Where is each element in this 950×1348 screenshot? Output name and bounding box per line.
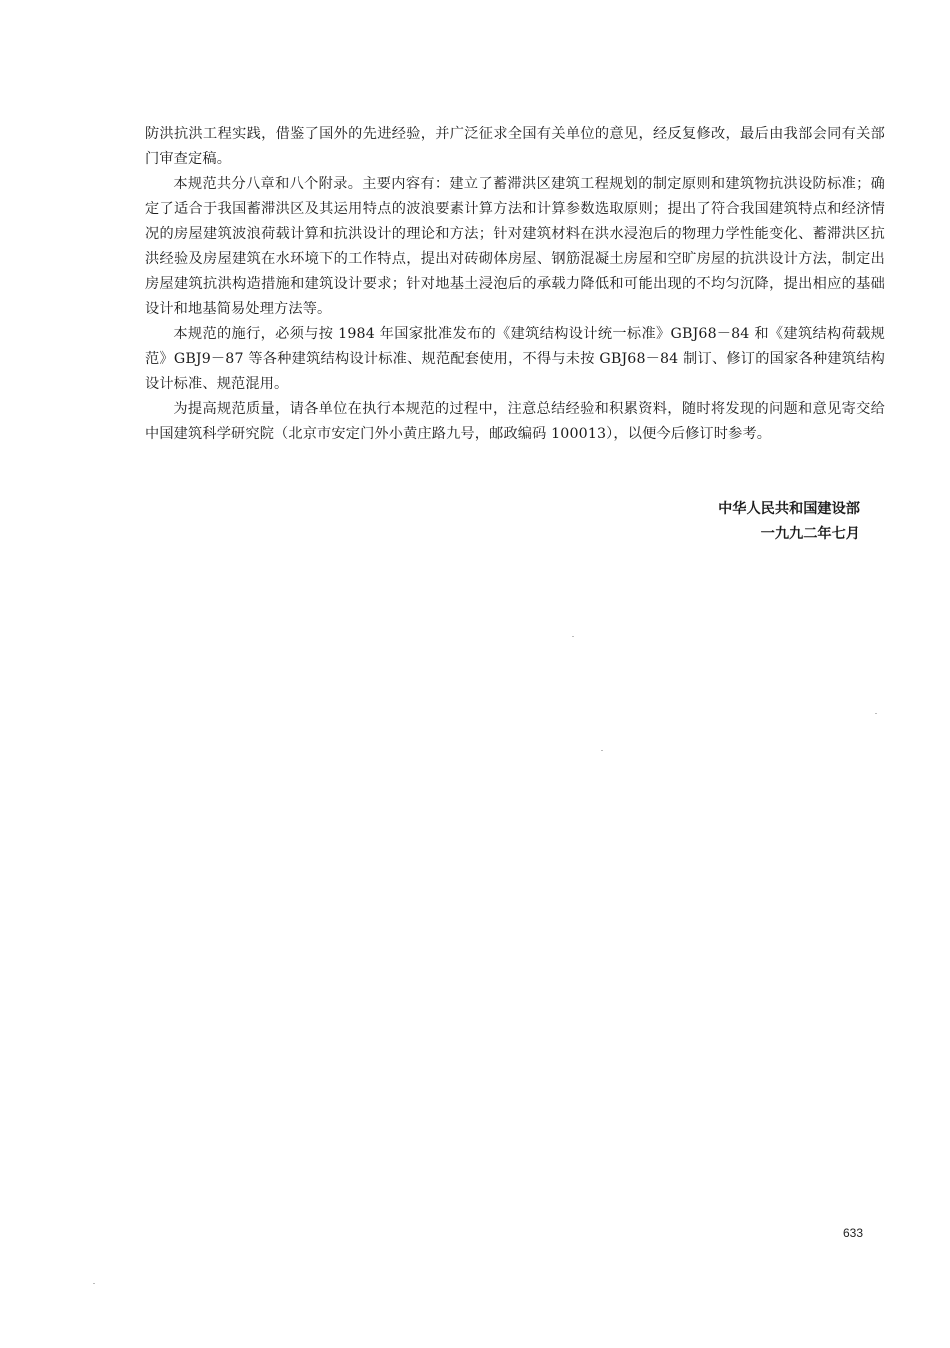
signature-block: 中华人民共和国建设部 一九九二年七月 [718, 497, 860, 547]
paragraph-feedback-request: 为提高规范质量，请各单位在执行本规范的过程中，注意总结经验和积累资料，随时将发现… [145, 397, 885, 447]
page-number: 633 [843, 1226, 863, 1240]
body-text: 防洪抗洪工程实践，借鉴了国外的先进经验，并广泛征求全国有关单位的意见，经反复修改… [145, 122, 885, 447]
scan-speck [572, 636, 574, 637]
signature-organization: 中华人民共和国建设部 [718, 497, 860, 522]
scan-speck [93, 1283, 95, 1284]
scan-speck [875, 713, 877, 714]
signature-date: 一九九二年七月 [718, 522, 860, 547]
scan-speck [601, 750, 603, 751]
paragraph-implementation: 本规范的施行，必须与按 1984 年国家批准发布的《建筑结构设计统一标准》GBJ… [145, 322, 885, 397]
paragraph-contents-summary: 本规范共分八章和八个附录。主要内容有：建立了蓄滞洪区建筑工程规划的制定原则和建筑… [145, 172, 885, 322]
document-page: 防洪抗洪工程实践，借鉴了国外的先进经验，并广泛征求全国有关单位的意见，经反复修改… [0, 0, 950, 1348]
paragraph-continuation: 防洪抗洪工程实践，借鉴了国外的先进经验，并广泛征求全国有关单位的意见，经反复修改… [145, 122, 885, 172]
